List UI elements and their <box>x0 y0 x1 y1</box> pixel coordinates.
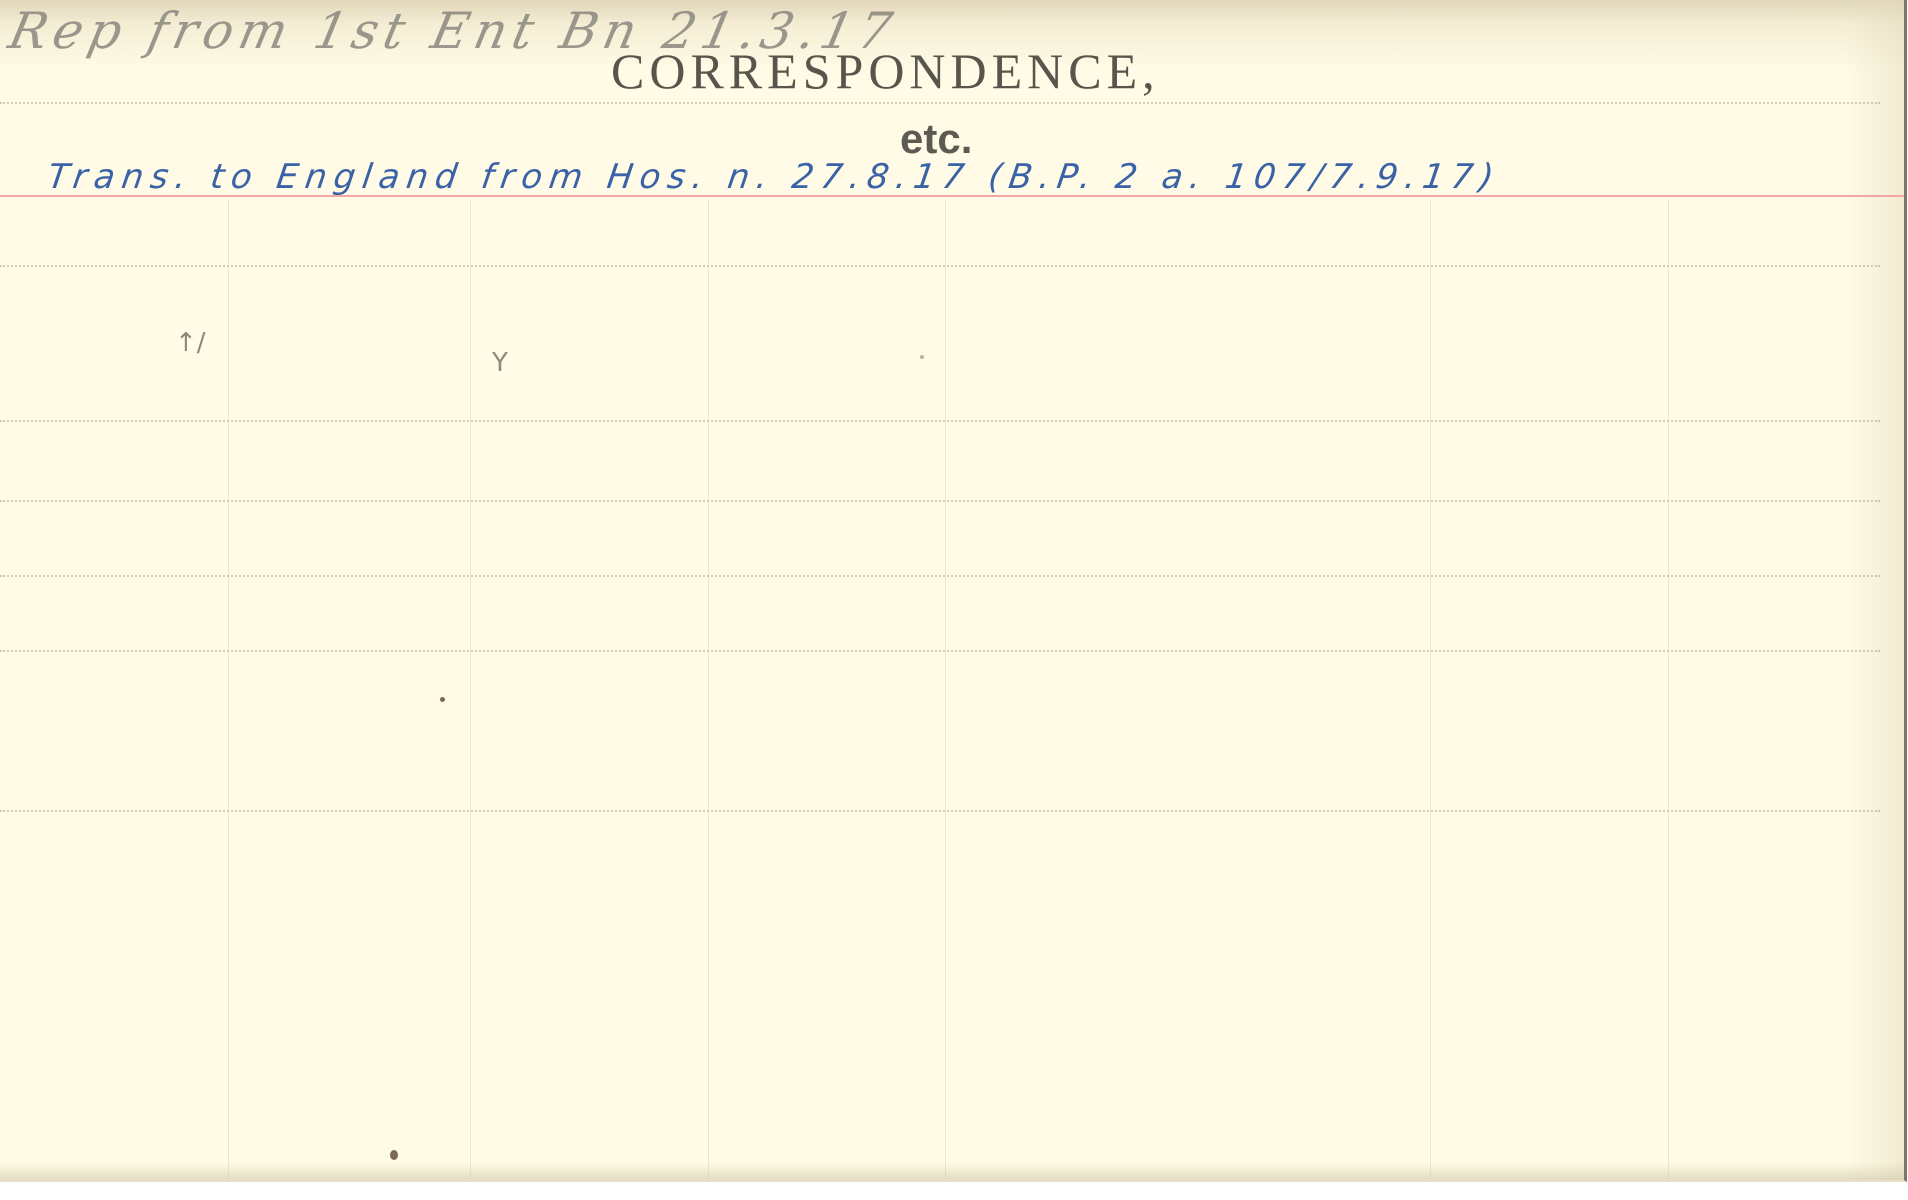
column-rule <box>470 200 471 1180</box>
stray-pencil-mark: ↑/ <box>175 330 206 356</box>
ink-speck <box>920 355 924 359</box>
dotted-rule <box>0 810 1880 812</box>
column-rule <box>945 200 946 1180</box>
stray-pencil-mark: Y <box>492 350 508 376</box>
card-heading: CORRESPONDENCE, <box>611 46 1291 96</box>
ink-speck <box>390 1150 398 1160</box>
dotted-rule <box>0 650 1880 652</box>
dotted-rule <box>0 500 1880 502</box>
right-edge-stain <box>1844 0 1904 1180</box>
ink-speck <box>440 697 445 702</box>
dotted-rule <box>0 102 1880 104</box>
card-subheading: etc. <box>900 118 972 160</box>
dotted-rule <box>0 575 1880 577</box>
dotted-rule <box>0 265 1880 267</box>
column-rule <box>1430 200 1431 1180</box>
bottom-edge-stain <box>0 1162 1904 1180</box>
column-rule <box>708 200 709 1180</box>
correspondence-card: Rep from 1st Ent Bn 21.3.17 CORRESPONDEN… <box>0 0 1907 1182</box>
column-rule <box>1668 200 1669 1180</box>
dotted-rule <box>0 420 1880 422</box>
handwritten-entry: Trans. to England from Hos. n. 27.8.17 (… <box>46 160 1503 194</box>
column-rule <box>228 200 229 1180</box>
